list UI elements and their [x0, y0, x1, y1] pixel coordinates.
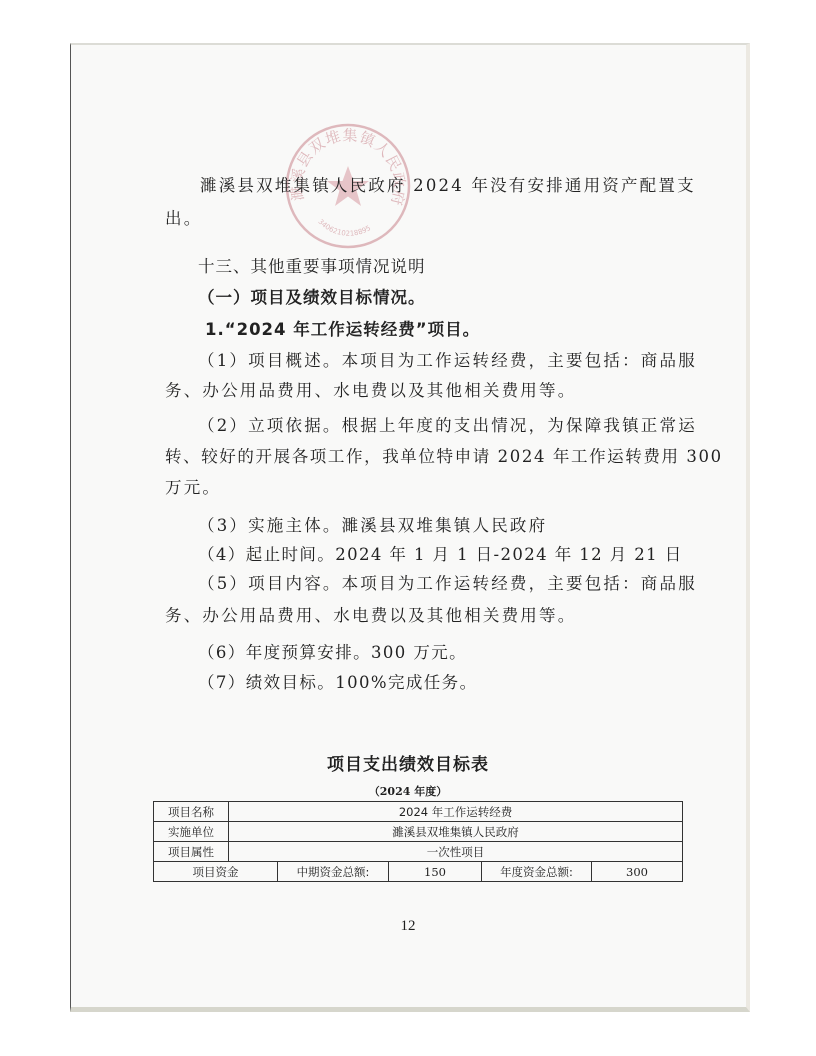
page-number: 12 [0, 918, 816, 935]
item-basis-line2: 转、较好的开展各项工作，我单位特申请 2024 年工作运转费用 300 [165, 443, 723, 467]
project-heading: 1.“2024 年工作运转经费”项目。 [205, 316, 480, 340]
row-label: 项目属性 [154, 842, 229, 862]
row-label: 项目名称 [154, 802, 229, 822]
item-implementer: （3）实施主体。濉溪县双堆集镇人民政府 [198, 512, 547, 536]
paragraph-asset-config-line1: 濉溪县双堆集镇人民政府 2024 年没有安排通用资产配置支 [200, 172, 696, 196]
row-value: 一次性项目 [229, 842, 683, 862]
row-value: 濉溪县双堆集镇人民政府 [229, 822, 683, 842]
performance-target-table: 项目名称 2024 年工作运转经费 实施单位 濉溪县双堆集镇人民政府 项目属性 … [153, 801, 683, 882]
annual-funds-label: 年度资金总额: [482, 862, 592, 882]
table-row: 项目名称 2024 年工作运转经费 [154, 802, 683, 822]
item-overview-line2: 务、办公用品费用、水电费以及其他相关费用等。 [165, 377, 576, 401]
item-basis-line1: （2）立项依据。根据上年度的支出情况，为保障我镇正常运 [198, 412, 697, 436]
item-timeframe: （4）起止时间。2024 年 1 月 1 日-2024 年 12 月 21 日 [198, 541, 683, 565]
table-subtitle: （2024 年度） [0, 783, 816, 799]
section-heading-13: 十三、其他重要事项情况说明 [198, 253, 426, 277]
item-basis-line3: 万元。 [165, 474, 221, 498]
mid-term-funds-value: 150 [389, 862, 482, 882]
paragraph-asset-config-line2: 出。 [165, 205, 202, 229]
table-row: 项目属性 一次性项目 [154, 842, 683, 862]
funds-label: 项目资金 [154, 862, 278, 882]
table-title: 项目支出绩效目标表 [0, 750, 816, 775]
table-row: 实施单位 濉溪县双堆集镇人民政府 [154, 822, 683, 842]
item-overview-line1: （1）项目概述。本项目为工作运转经费，主要包括：商品服 [198, 347, 697, 371]
item-content-line2: 务、办公用品费用、水电费以及其他相关费用等。 [165, 602, 576, 626]
subsection-heading-1: （一）项目及绩效目标情况。 [198, 284, 426, 308]
row-label: 实施单位 [154, 822, 229, 842]
annual-funds-value: 300 [592, 862, 683, 882]
item-content-line1: （5）项目内容。本项目为工作运转经费，主要包括：商品服 [198, 570, 697, 594]
mid-term-funds-label: 中期资金总额: [278, 862, 389, 882]
table-row-funds: 项目资金 中期资金总额: 150 年度资金总额: 300 [154, 862, 683, 882]
row-value: 2024 年工作运转经费 [229, 802, 683, 822]
item-goal: （7）绩效目标。100%完成任务。 [198, 669, 477, 693]
item-budget: （6）年度预算安排。300 万元。 [198, 639, 467, 663]
